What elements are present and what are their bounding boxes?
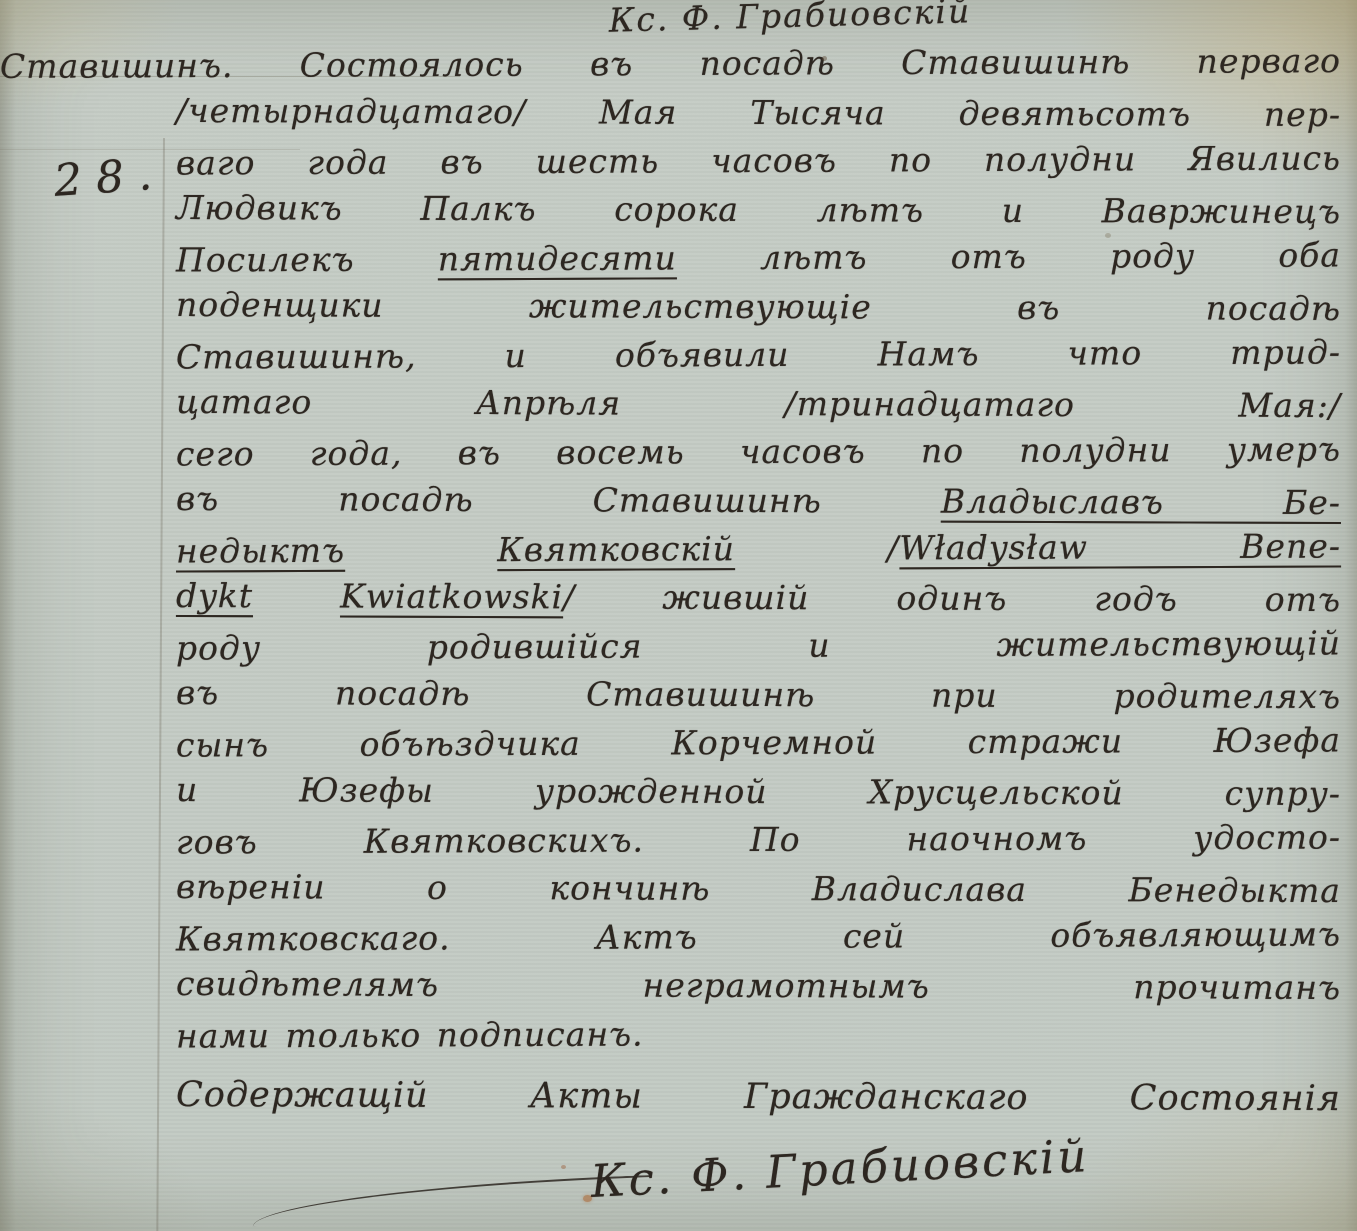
stain xyxy=(1105,233,1111,238)
text-line: сего года, въ восемь часовъ по полудни у… xyxy=(176,429,1341,483)
text-line: роду родившійся и жительствующій xyxy=(176,623,1341,677)
text-line: цатаго Апрѣля /тринадцатаго Мая:/ xyxy=(176,381,1341,434)
text-line: Посилекъ пятидесяти лѣтъ отъ роду оба xyxy=(176,235,1341,289)
underlined-text: пятидесяти xyxy=(438,238,677,278)
text-line: Квятковскаго. Актъ сей объявляющимъ xyxy=(176,914,1341,968)
text-segment: поденщики жительствующіе въ посадѣ xyxy=(176,284,1341,327)
text-segment: Ставишинъ. Состоялось въ посадѣ Ставишин… xyxy=(0,41,1341,86)
text-segment: Людвикъ Палкъ сорока лѣтъ и Вавржинецъ xyxy=(176,187,1341,230)
underlined-text: dykt xyxy=(176,575,253,614)
underlined-text: Władysław Bene- xyxy=(899,526,1341,567)
text-segment xyxy=(345,530,497,570)
text-segment: въ посадѣ Ставишинѣ xyxy=(176,478,941,520)
text-segment: лѣтъ отъ роду оба xyxy=(677,235,1341,277)
text-segment: свидѣтелямъ неграмотнымъ прочитанъ xyxy=(176,963,1341,1006)
text-line: Содержащій Акты Гражданскаго Состоянія xyxy=(176,1074,1341,1127)
underlined-text: Kwiatkowski xyxy=(340,576,563,616)
text-line: недыктъ Квятковскій /Władysław Bene- xyxy=(176,526,1341,580)
text-segment: / жившій одинъ годъ отъ xyxy=(563,577,1341,619)
underlined-text: Владыславъ Бе- xyxy=(941,481,1341,521)
text-segment: вѣреніи о кончинѣ Владислава Бенедыкта xyxy=(176,866,1341,909)
text-line: Ставишинъ. Состоялось въ посадѣ Ставишин… xyxy=(0,41,1341,95)
text-segment: и Юзефы урожденной Хрусцельской супру- xyxy=(176,769,1341,812)
text-line: /четырнадцатаго/ Мая Тысяча девятьсотъ п… xyxy=(176,90,1341,143)
text-line: въ посадѣ Ставишинѣ при родителяхъ xyxy=(176,672,1341,725)
text-segment: сынъ объѣздчика Корчемной стражи Юзефа xyxy=(176,720,1341,764)
text-segment: въ посадѣ Ставишинѣ при родителяхъ xyxy=(176,672,1341,715)
text-segment xyxy=(253,576,340,615)
text-line: свидѣтелямъ неграмотнымъ прочитанъ xyxy=(176,963,1341,1016)
record-number: 28. xyxy=(52,148,167,207)
text-segment: Содержащій Акты Гражданскаго Состоянія xyxy=(176,1074,1341,1118)
text-line: ваго года въ шесть часовъ по полудни Яви… xyxy=(176,138,1341,192)
underlined-text: недыктъ xyxy=(176,531,345,571)
underlined-text: Квятковскій xyxy=(497,529,735,569)
text-segment: нами только подписанъ. xyxy=(176,1015,644,1056)
text-segment: говъ Квятковскихъ. По наочномъ удосто- xyxy=(176,817,1341,861)
text-line: сынъ объѣздчика Корчемной стражи Юзефа xyxy=(176,720,1341,774)
text-segment: ваго года въ шесть часовъ по полудни Яви… xyxy=(176,138,1341,182)
text-line: говъ Квятковскихъ. По наочномъ удосто- xyxy=(176,817,1341,871)
document-body: Ставишинъ. Состоялось въ посадѣ Ставишин… xyxy=(176,44,1341,1125)
text-line: Ставишинѣ, и объявили Намъ что трид- xyxy=(176,332,1341,386)
text-line: и Юзефы урожденной Хрусцельской супру- xyxy=(176,769,1341,822)
text-line: въ посадѣ Ставишинѣ Владыславъ Бе- xyxy=(176,478,1341,531)
text-segment: Ставишинѣ, и объявили Намъ что трид- xyxy=(176,332,1341,376)
text-segment: / xyxy=(735,528,900,568)
text-segment: цатаго Апрѣля /тринадцатаго Мая:/ xyxy=(176,381,1341,424)
text-segment: Посилекъ xyxy=(176,239,438,279)
stain xyxy=(822,56,827,61)
text-line: dykt Kwiatkowski/ жившій одинъ годъ отъ xyxy=(176,575,1341,628)
text-line: поденщики жительствующіе въ посадѣ xyxy=(176,284,1341,337)
text-line: Людвикъ Палкъ сорока лѣтъ и Вавржинецъ xyxy=(176,187,1341,240)
text-line: нами только подписанъ. xyxy=(176,1011,1341,1065)
text-segment: сего года, въ восемь часовъ по полудни у… xyxy=(176,429,1341,473)
text-segment: роду родившійся и жительствующій xyxy=(176,623,1341,667)
text-segment: /четырнадцатаго/ Мая Тысяча девятьсотъ п… xyxy=(176,90,1341,133)
stain xyxy=(583,1195,592,1202)
text-segment: Квятковскаго. Актъ сей объявляющимъ xyxy=(176,914,1341,958)
text-line: вѣреніи о кончинѣ Владислава Бенедыкта xyxy=(176,866,1341,919)
stain xyxy=(561,1165,566,1169)
